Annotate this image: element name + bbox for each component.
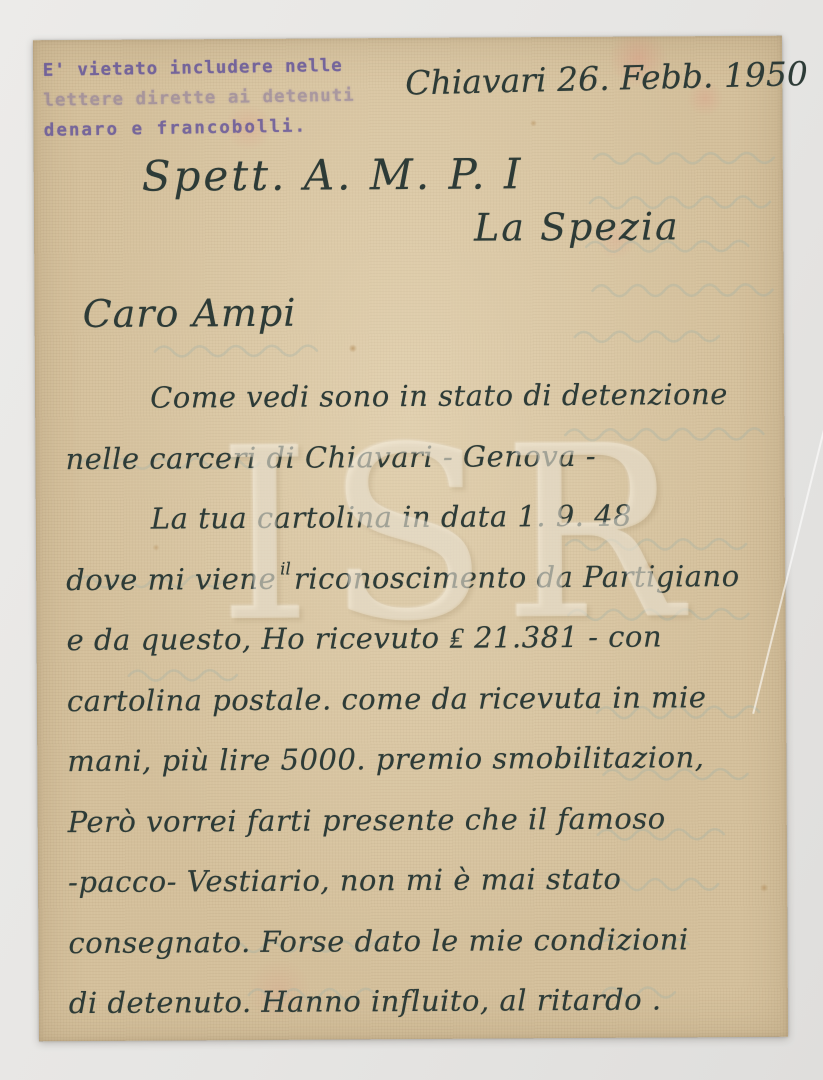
screenshot-root: { "stamp": { "line1": "E' vietato includ… xyxy=(0,0,823,1080)
recipient-line: Spett. A. M. P. I xyxy=(142,149,524,200)
handwritten-line: Però vorrei farti presente che il famoso xyxy=(68,787,783,852)
handwritten-line: dove mi vieneilriconoscimento da Partigi… xyxy=(66,545,781,610)
handwritten-line: consegnato. Forse dato le mie condizioni xyxy=(68,908,783,973)
handwritten-line: e da questo, Ho ricevuto ₤ 21.381 - con xyxy=(66,606,781,671)
salutation: Caro Ampi xyxy=(82,291,296,336)
handwritten-line: mani, più lire 5000. premio smobilitazio… xyxy=(67,727,782,792)
handwritten-line: cartolina postale. come da ricevuta in m… xyxy=(67,666,782,731)
letter-body: Come vedi sono in stato di detenzionenel… xyxy=(65,364,784,1034)
handwritten-line: di detenuto. Hanno influito, al ritardo … xyxy=(69,969,784,1034)
censor-stamp: E' vietato includere nelle lettere diret… xyxy=(43,51,356,146)
inserted-word-above-line: il xyxy=(280,538,291,599)
handwritten-line: -pacco- Vestiario, non mi è mai stato xyxy=(68,848,783,913)
scanner-background: E' vietato includere nelle lettere diret… xyxy=(0,0,823,1080)
handwritten-line: Come vedi sono in stato di detenzione xyxy=(65,364,780,429)
censor-stamp-line: denaro e francobolli. xyxy=(44,111,356,146)
date-line: Chiavari 26. Febb. 1950 xyxy=(405,54,808,102)
letter-paper: E' vietato includere nelle lettere diret… xyxy=(33,36,788,1042)
handwritten-line: nelle carceri di Chiavari - Genova - xyxy=(65,424,780,489)
recipient-city: La Spezia xyxy=(474,204,680,249)
handwritten-line: La tua cartolina in data 1. 9. 48 xyxy=(66,485,781,550)
